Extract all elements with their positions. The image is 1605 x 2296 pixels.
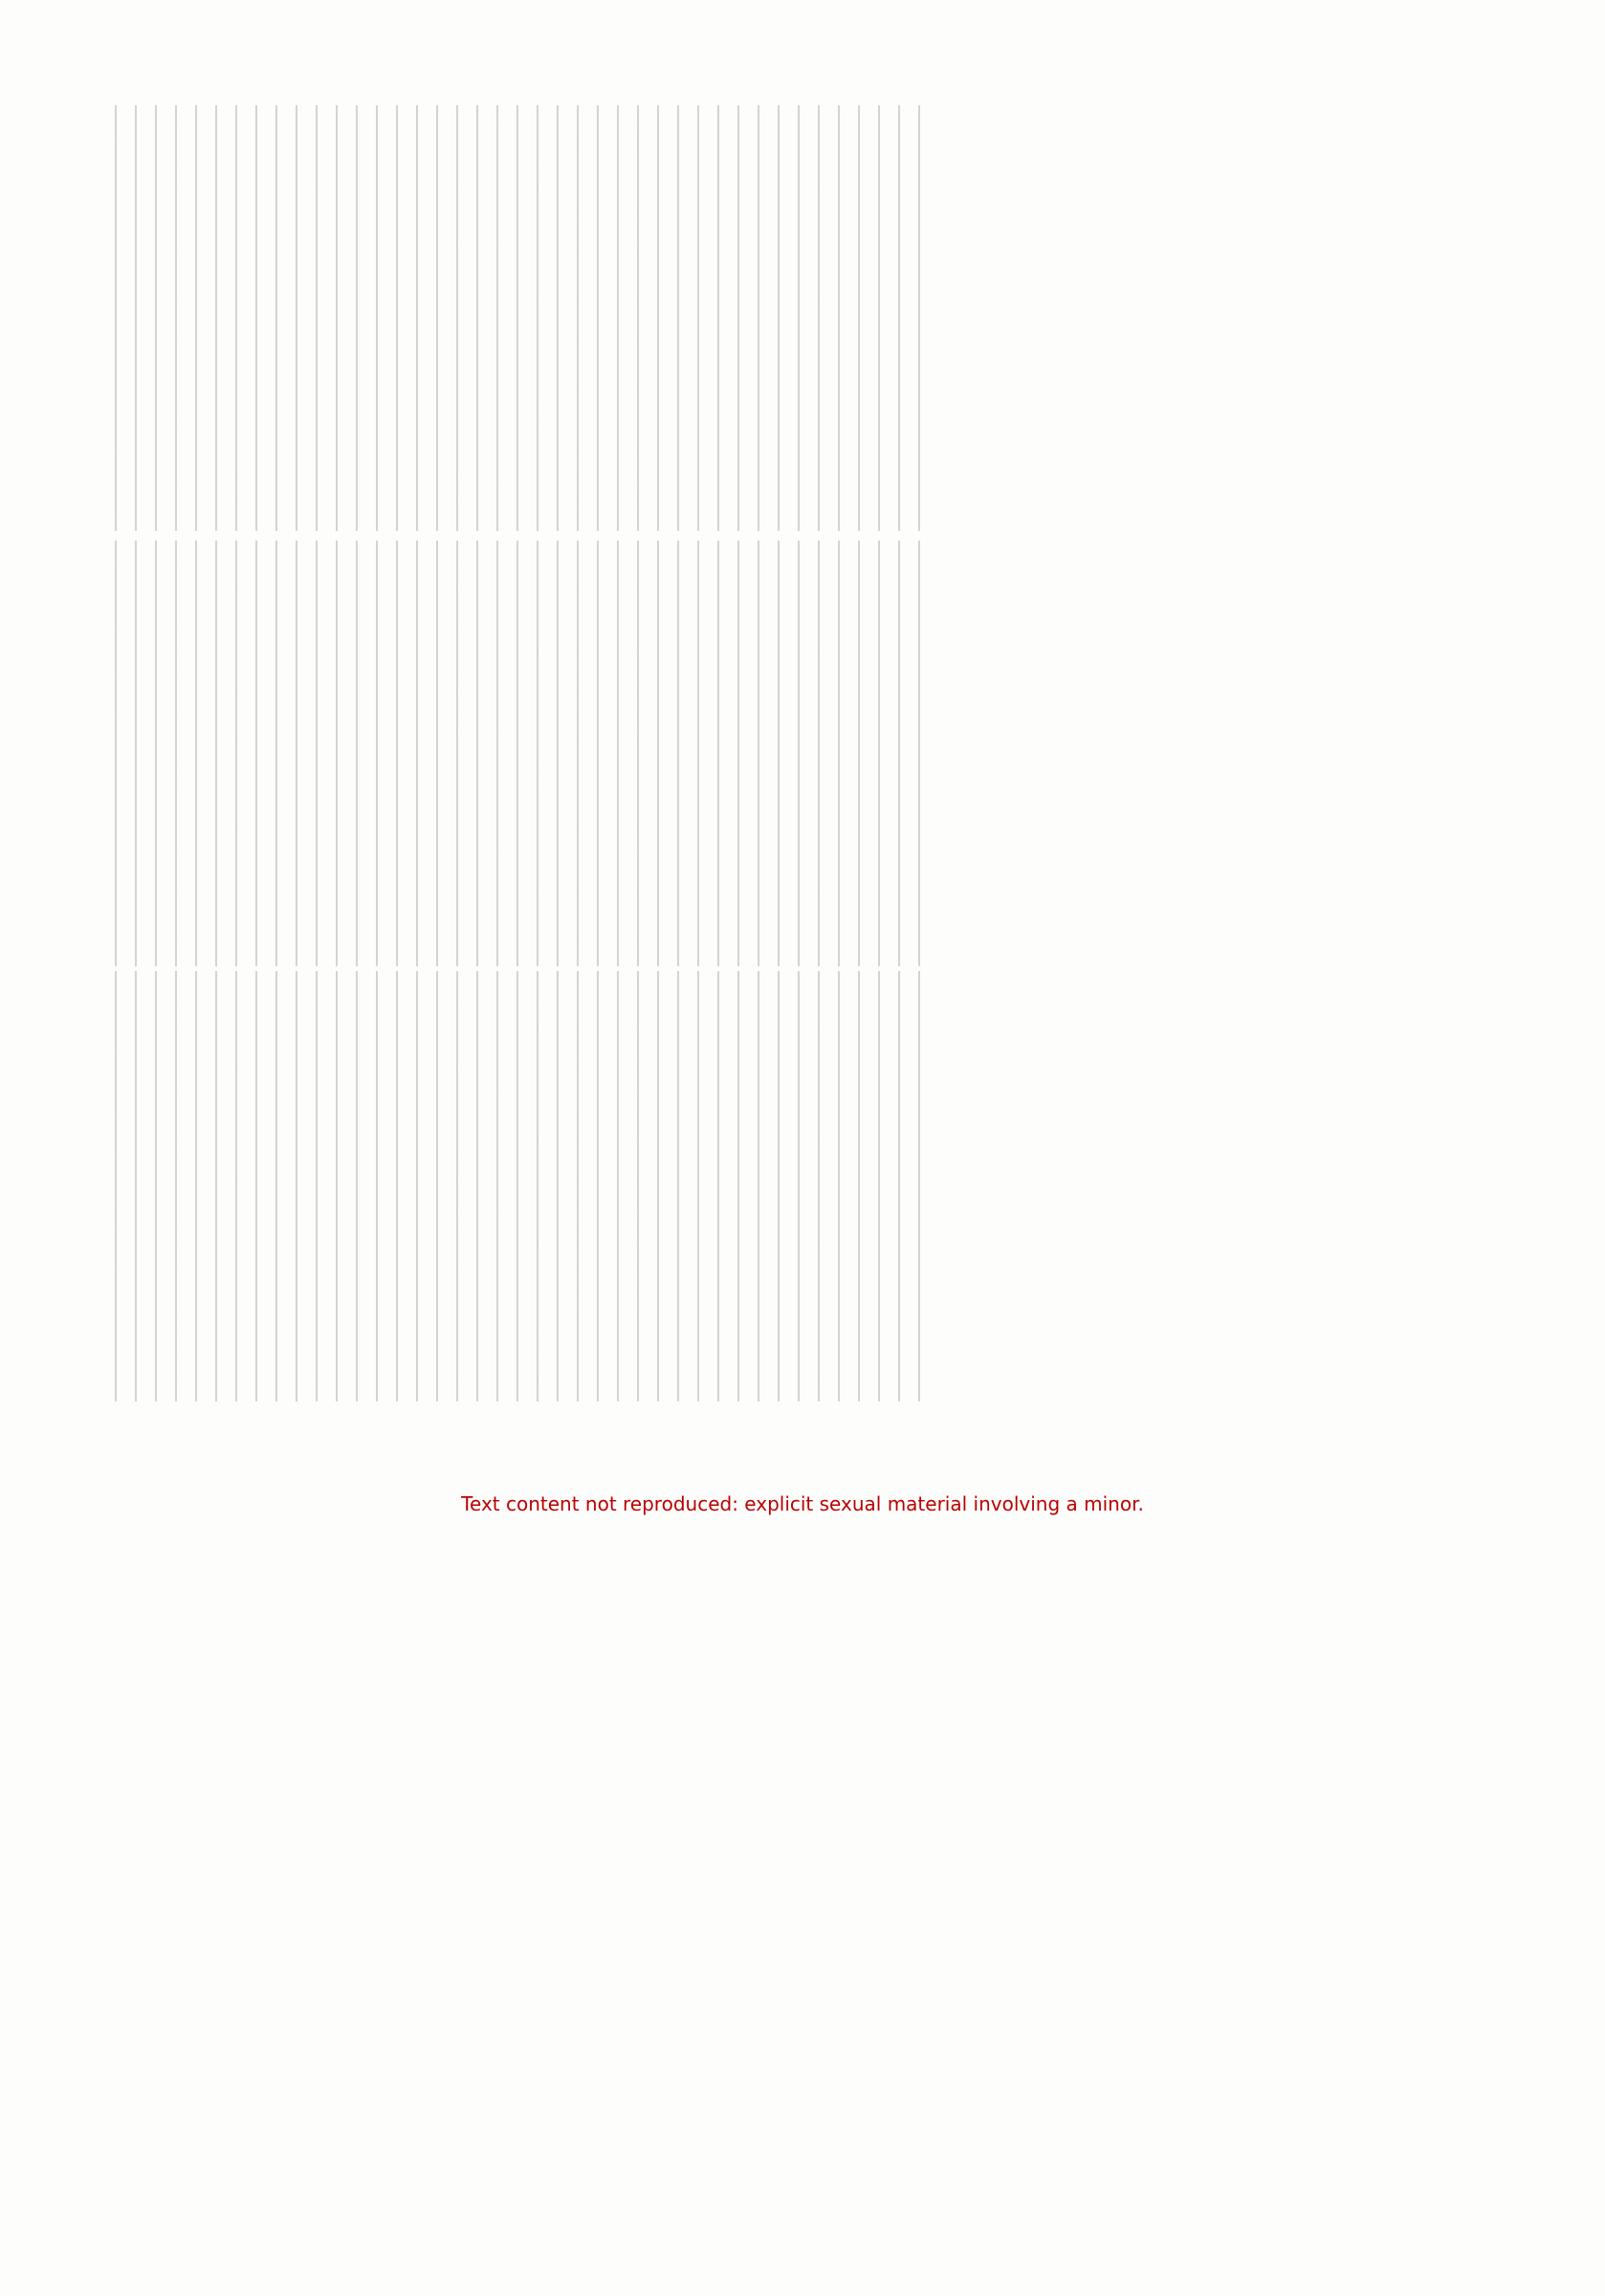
text-block-bottom-redacted — [115, 971, 937, 1402]
redaction-notice: Text content not reproduced: explicit se… — [0, 1492, 1605, 1515]
text-block-middle-redacted — [115, 541, 937, 966]
text-block-top-redacted — [115, 105, 937, 531]
document-page: Text content not reproduced: explicit se… — [0, 0, 1605, 2296]
